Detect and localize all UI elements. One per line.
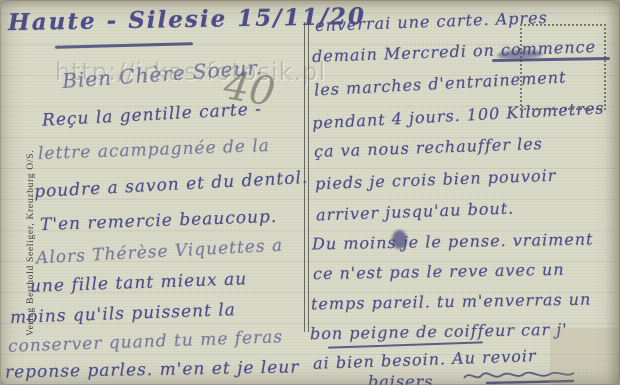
message-line: moins qu'ils puissent la: [10, 300, 236, 328]
message-line: pendant 4 jours. 100 Kilometres: [312, 98, 605, 132]
message-line: arriver jusqu'au bout.: [316, 199, 515, 225]
message-line: bon peigne de coiffeur car j': [310, 320, 568, 343]
message-line: Du moins je le pense. vraiment: [312, 230, 594, 254]
message-line: une fille tant mieux au: [30, 269, 248, 297]
paper-stain: [550, 328, 620, 385]
message-line: ce n'est pas le reve avec un: [313, 260, 565, 283]
closing-word: baisers: [368, 372, 433, 385]
message-line: lettre acampagnée de la: [38, 136, 271, 164]
postcard-scan: http://irkas.fotosik.pl 40 Verlag Bertho…: [0, 0, 620, 385]
message-line: poudre a savon et du dentol.: [34, 168, 309, 202]
message-line: reponse parles. m'en et je leur: [5, 357, 300, 382]
ink-blot: [392, 230, 407, 249]
message-line: T'en remercie beaucoup.: [40, 207, 278, 235]
message-line: Alors Thérèse Viquettes a: [36, 236, 284, 269]
message-line: pieds je crois bien pouvoir: [315, 166, 557, 193]
date-header: Haute - Silesie 15/11/20: [8, 3, 366, 36]
message-line: ça va nous rechauffer les: [314, 134, 543, 161]
header-underline: [55, 42, 193, 49]
message-line: Reçu la gentille carte -: [42, 99, 263, 130]
message-line: conserver quand tu me feras: [8, 327, 284, 357]
message-line: temps pareil. tu m'enverras un: [311, 290, 592, 314]
